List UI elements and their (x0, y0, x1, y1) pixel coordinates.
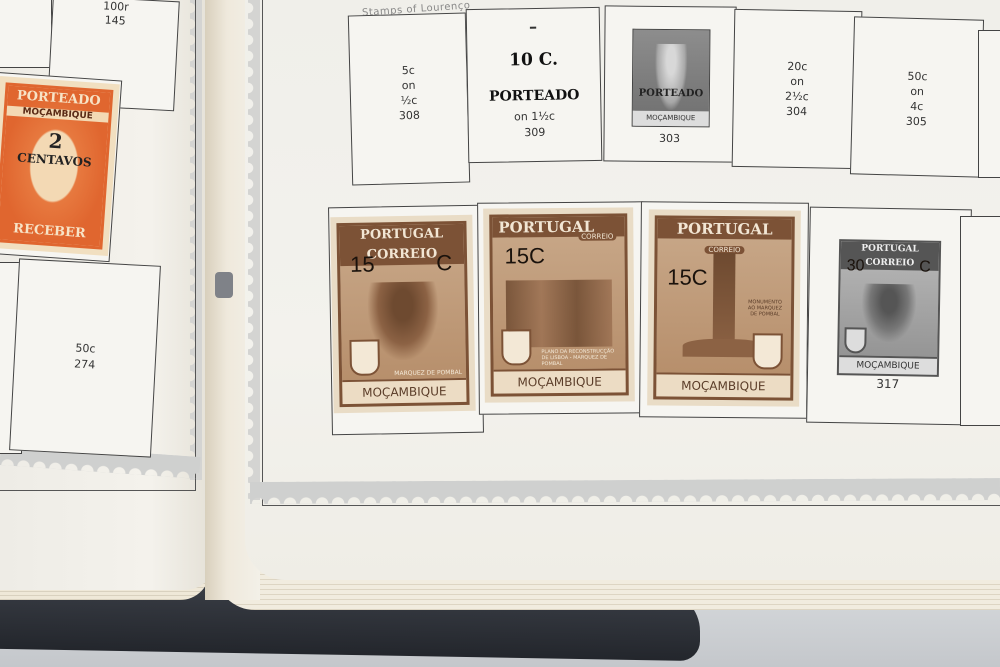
right-perforation-strip (250, 478, 1000, 504)
stamp-unit: C (919, 259, 931, 277)
stamp-country: MOÇAMBIQUE (656, 372, 790, 397)
box-number: 317 (808, 376, 968, 394)
box-number: 308 (351, 106, 467, 124)
overprint-value: 10 C. (467, 52, 599, 69)
album-box-empty (0, 0, 52, 68)
coat-of-arms-icon (501, 329, 531, 365)
album-box-274: 50c 274 (9, 258, 161, 457)
box-number: 304 (733, 103, 859, 120)
stamp-unit: C (436, 250, 452, 276)
stamp-caption: MARQUEZ DE POMBAL (394, 369, 462, 377)
stamp-value: 15C (504, 243, 545, 269)
stamp-pombal-monument-15c: PORTUGAL CORREIO 15C MONUMENTO AO MARQUE… (647, 209, 801, 406)
stamp-country: MOÇAMBIQUE (342, 378, 466, 404)
stamp-subheader: CORREIO (578, 232, 616, 240)
stamp-pombal-reconstruction-15c: PORTUGAL CORREIO 15C PLANO DA RECONSTRUC… (483, 207, 635, 402)
album-box-309: – 10 C. PORTEADO on 1½c 309 (466, 7, 603, 163)
stamp-country: MOÇAMBIQUE (839, 355, 937, 375)
ceres-stamp-illustration: PORTEADO MOÇAMBIQUE (632, 29, 711, 128)
box-number: 303 (604, 130, 734, 146)
coat-of-arms-icon (349, 339, 380, 376)
overprint-label: PORTEADO (468, 88, 600, 105)
overprint-dash: – (467, 18, 599, 35)
stamp-bottom-text: RECEBER (0, 220, 101, 242)
box-number: 309 (469, 124, 601, 141)
stamp-country: MOÇAMBIQUE (494, 368, 626, 393)
stamp-caption: MONUMENTO AO MARQUEZ DE POMBAL (745, 299, 785, 317)
stamp-overprint: PORTEADO (633, 86, 709, 102)
coat-of-arms-icon (844, 327, 866, 353)
album-box-partial (978, 30, 1000, 178)
coat-of-arms-icon (752, 333, 782, 369)
stamp-value: 15 (350, 251, 375, 277)
stamp-design: PORTUGAL CORREIO 30 C MOÇAMBIQUE (837, 239, 941, 377)
box-line: on 1½c (468, 108, 600, 125)
album-box-partial (960, 216, 1000, 426)
stamp-design: PORTUGAL CORREIO 15C PLANO DA RECONSTRUC… (489, 213, 629, 396)
binder-post (215, 272, 233, 298)
stamp-porteado-2-centavos: PORTEADO MOÇAMBIQUE 2 CENTAVOS RECEBER (0, 76, 120, 256)
portrait-figure (861, 284, 917, 343)
stamp-country: MOÇAMBIQUE (633, 111, 709, 127)
stamp-pombal-portrait-15c: PORTUGAL CORREIO 15 C MARQUEZ DE POMBAL … (330, 215, 475, 413)
stamp-design: PORTEADO MOÇAMBIQUE 2 CENTAVOS RECEBER (0, 82, 113, 249)
box-number: 305 (852, 112, 980, 130)
stamp-design: PORTUGAL CORREIO 15C MONUMENTO AO MARQUE… (653, 215, 795, 400)
right-page-perforation-border (248, 0, 260, 500)
album-illustration-pombal-30c: PORTUGAL CORREIO 30 C MOÇAMBIQUE (837, 239, 941, 377)
album-box-303: PORTEADO MOÇAMBIQUE 303 (603, 5, 736, 162)
stamp-value: 15C (667, 265, 708, 291)
album-box-305: 50c on 4c 305 (850, 16, 984, 177)
stamp-design: PORTUGAL CORREIO 15 C MARQUEZ DE POMBAL … (336, 221, 469, 407)
stamp-caption: PLANO DA RECONSTRUCÇÃO DE LISBOA - MARQU… (541, 348, 621, 367)
stamp-value: 30 (847, 257, 865, 275)
album-box-304: 20c on 2½c 304 (732, 9, 863, 169)
album-box-308: 5c on ½c 308 (348, 12, 470, 185)
